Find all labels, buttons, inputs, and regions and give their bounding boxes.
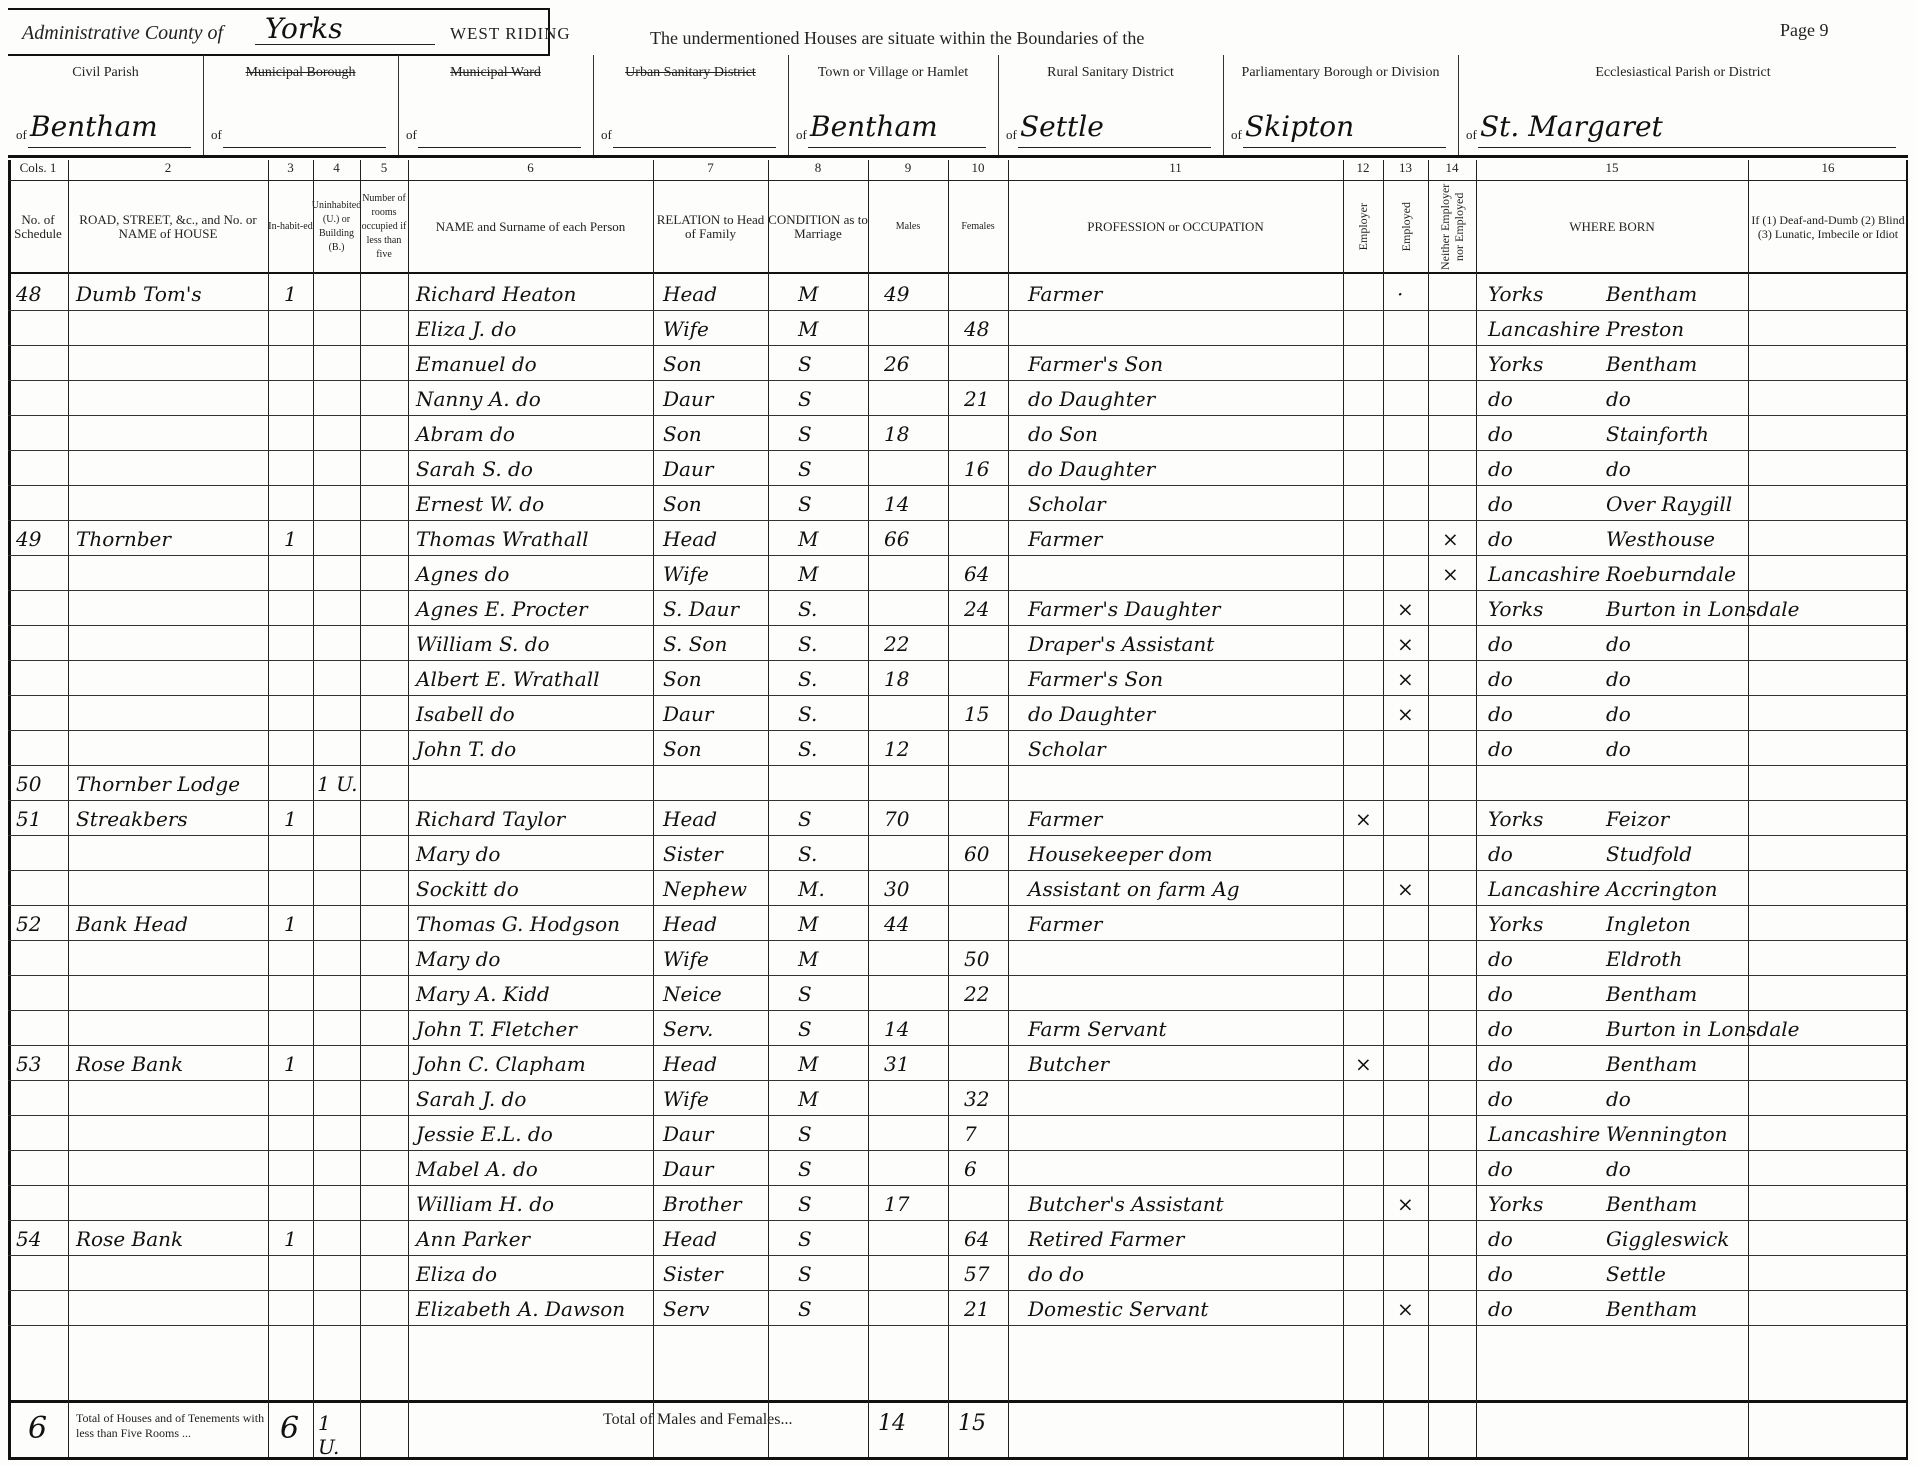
cell-uninhabited bbox=[317, 625, 360, 658]
column-number: 10 bbox=[948, 160, 1008, 181]
cell-schedule bbox=[16, 730, 68, 763]
cell-employer bbox=[1355, 870, 1383, 903]
cell-relation: Head bbox=[663, 1045, 768, 1078]
cell-schedule bbox=[16, 485, 68, 518]
cell-house-name bbox=[76, 940, 268, 973]
table-row: Abram doSonS18do SondoStainforth bbox=[8, 415, 1908, 451]
cell-born-place: do bbox=[1606, 1150, 1631, 1183]
cell-relation: Son bbox=[663, 730, 768, 763]
cell-rooms bbox=[370, 1080, 408, 1113]
cell-neither bbox=[1442, 1255, 1476, 1288]
cell-born-county: Lancashire bbox=[1488, 555, 1600, 588]
cell-female-age bbox=[964, 485, 1008, 518]
cell-born-county: Yorks bbox=[1488, 590, 1543, 623]
cell-relation: Daur bbox=[663, 1115, 768, 1148]
cell-relation: Daur bbox=[663, 1150, 768, 1183]
cell-person-name: John C. Clapham bbox=[416, 1045, 653, 1078]
cell-condition: S. bbox=[798, 730, 868, 763]
cell-house-name: Rose Bank bbox=[76, 1045, 268, 1078]
cell-schedule bbox=[16, 450, 68, 483]
cell-employer bbox=[1355, 275, 1383, 308]
table-row: Nanny A. doDaurS21do Daughterdodo bbox=[8, 380, 1908, 416]
column-number: 7 bbox=[653, 160, 768, 181]
cell-rooms bbox=[370, 590, 408, 623]
cell-employed: × bbox=[1397, 625, 1428, 658]
cell-employer bbox=[1355, 730, 1383, 763]
cell-male-age bbox=[884, 1255, 948, 1288]
cell-relation: Wife bbox=[663, 310, 768, 343]
column-header: CONDITION as to Marriage bbox=[768, 182, 868, 272]
column-header-text: Employed bbox=[1399, 202, 1413, 251]
table-row: John T. FletcherServ.S14Farm ServantdoBu… bbox=[8, 1010, 1908, 1046]
cell-rooms bbox=[370, 625, 408, 658]
cell-neither bbox=[1442, 310, 1476, 343]
table-row: Emanuel doSonS26Farmer's SonYorksBentham bbox=[8, 345, 1908, 381]
cell-female-age bbox=[964, 345, 1008, 378]
cell-person-name: Emanuel do bbox=[416, 345, 653, 378]
cell-schedule bbox=[16, 345, 68, 378]
cell-born-place: Giggleswick bbox=[1606, 1220, 1729, 1253]
district-of: of bbox=[601, 127, 612, 143]
cell-relation: Head bbox=[663, 275, 768, 308]
cell-employed bbox=[1397, 1010, 1428, 1043]
cell-occupation: Retired Farmer bbox=[1028, 1220, 1343, 1253]
cell-relation: Wife bbox=[663, 1080, 768, 1113]
cell-male-age: 66 bbox=[884, 520, 948, 553]
column-header: Males bbox=[868, 182, 948, 272]
column-header-text: Number of rooms occupied if less than fi… bbox=[360, 192, 408, 262]
cell-born-place: Burton in Lonsdale bbox=[1606, 590, 1800, 623]
cell-person-name: William H. do bbox=[416, 1185, 653, 1218]
column-header: RELATION to Head of Family bbox=[653, 182, 768, 272]
cell-condition: S bbox=[798, 800, 868, 833]
cell-rooms bbox=[370, 1185, 408, 1218]
cell-uninhabited bbox=[317, 415, 360, 448]
cell-female-age: 64 bbox=[964, 1220, 1008, 1253]
cell-person-name: Mary A. Kidd bbox=[416, 975, 653, 1008]
cell-house-name bbox=[76, 975, 268, 1008]
cell-female-age bbox=[964, 415, 1008, 448]
cell-relation: Head bbox=[663, 800, 768, 833]
table-row: Sarah S. doDaurS16do Daughterdodo bbox=[8, 450, 1908, 486]
district-underline bbox=[808, 147, 986, 148]
cell-inhabited bbox=[284, 730, 313, 763]
cell-uninhabited bbox=[317, 380, 360, 413]
cell-male-age bbox=[884, 765, 948, 798]
cell-uninhabited bbox=[317, 940, 360, 973]
cell-neither bbox=[1442, 695, 1476, 728]
cell-uninhabited bbox=[317, 275, 360, 308]
cell-occupation: Housekeeper dom bbox=[1028, 835, 1343, 868]
cell-female-age bbox=[964, 730, 1008, 763]
district-label: Urban Sanitary District bbox=[593, 65, 788, 80]
district-underline bbox=[613, 147, 776, 148]
cell-rooms bbox=[370, 765, 408, 798]
cell-person-name: Ernest W. do bbox=[416, 485, 653, 518]
cell-employed bbox=[1397, 1080, 1428, 1113]
cell-inhabited: 1 bbox=[284, 800, 313, 833]
cell-relation: Son bbox=[663, 415, 768, 448]
cell-relation: Nephew bbox=[663, 870, 768, 903]
cell-occupation bbox=[1028, 310, 1343, 343]
cell-uninhabited: 1 U. bbox=[317, 765, 360, 798]
page-number: Page 9 bbox=[1780, 20, 1829, 41]
cell-employer bbox=[1355, 485, 1383, 518]
cell-female-age bbox=[964, 765, 1008, 798]
cell-occupation: do Daughter bbox=[1028, 450, 1343, 483]
cell-relation: S. Daur bbox=[663, 590, 768, 623]
cell-condition: S. bbox=[798, 835, 868, 868]
column-header-text: If (1) Deaf-and-Dumb (2) Blind (3) Lunat… bbox=[1748, 213, 1908, 241]
district-underline bbox=[28, 147, 191, 148]
cell-employed: × bbox=[1397, 870, 1428, 903]
cell-schedule bbox=[16, 695, 68, 728]
admin-county-value: Yorks bbox=[265, 12, 343, 45]
cell-relation: S. Son bbox=[663, 625, 768, 658]
cell-employer bbox=[1355, 310, 1383, 343]
cell-occupation: do Son bbox=[1028, 415, 1343, 448]
cell-house-name bbox=[76, 625, 268, 658]
cell-male-age: 18 bbox=[884, 660, 948, 693]
cell-person-name bbox=[416, 765, 653, 798]
cell-employed: × bbox=[1397, 695, 1428, 728]
district-value: Bentham bbox=[810, 110, 938, 143]
cell-person-name: William S. do bbox=[416, 625, 653, 658]
cell-inhabited bbox=[284, 625, 313, 658]
cell-rooms bbox=[370, 905, 408, 938]
cell-female-age bbox=[964, 870, 1008, 903]
cell-male-age: 70 bbox=[884, 800, 948, 833]
column-header-text: ROAD, STREET, &c., and No. or NAME of HO… bbox=[68, 213, 268, 241]
cell-condition: S bbox=[798, 1115, 868, 1148]
column-number: 5 bbox=[360, 160, 408, 181]
cell-uninhabited bbox=[317, 1255, 360, 1288]
cell-rooms bbox=[370, 800, 408, 833]
cell-born-county: Lancashire bbox=[1488, 1115, 1600, 1148]
district-3: Urban Sanitary Districtof bbox=[593, 55, 789, 155]
column-number: 15 bbox=[1476, 160, 1748, 181]
cell-condition: S bbox=[798, 1185, 868, 1218]
table-row: Jessie E.L. doDaurS7LancashireWennington bbox=[8, 1115, 1908, 1151]
cell-employer bbox=[1355, 625, 1383, 658]
cell-house-name bbox=[76, 555, 268, 588]
cell-relation: Serv. bbox=[663, 1010, 768, 1043]
cell-male-age bbox=[884, 590, 948, 623]
cell-schedule: 53 bbox=[16, 1045, 68, 1078]
district-of: of bbox=[1466, 127, 1477, 143]
cell-rooms bbox=[370, 1220, 408, 1253]
cell-relation: Head bbox=[663, 520, 768, 553]
cell-born-place: do bbox=[1606, 450, 1631, 483]
cell-house-name bbox=[76, 660, 268, 693]
cell-condition: S bbox=[798, 975, 868, 1008]
cell-born-county: do bbox=[1488, 1220, 1513, 1253]
cell-occupation: Butcher bbox=[1028, 1045, 1343, 1078]
column-header-text: PROFESSION or OCCUPATION bbox=[1087, 220, 1264, 234]
cell-uninhabited bbox=[317, 590, 360, 623]
cell-born-county: Yorks bbox=[1488, 800, 1543, 833]
cell-neither bbox=[1442, 380, 1476, 413]
cell-inhabited bbox=[284, 345, 313, 378]
cell-uninhabited bbox=[317, 1010, 360, 1043]
cell-schedule: 49 bbox=[16, 520, 68, 553]
cell-neither bbox=[1442, 590, 1476, 623]
cell-rooms bbox=[370, 1290, 408, 1323]
cell-inhabited bbox=[284, 1115, 313, 1148]
cell-condition: S bbox=[798, 345, 868, 378]
column-number: 2 bbox=[68, 160, 268, 181]
cell-uninhabited bbox=[317, 870, 360, 903]
cell-born-place: Bentham bbox=[1606, 1290, 1697, 1323]
cell-rooms bbox=[370, 345, 408, 378]
cell-employer bbox=[1355, 1010, 1383, 1043]
cell-person-name: Jessie E.L. do bbox=[416, 1115, 653, 1148]
cell-inhabited bbox=[284, 415, 313, 448]
cell-house-name bbox=[76, 380, 268, 413]
cell-inhabited bbox=[284, 1150, 313, 1183]
cell-born-county: do bbox=[1488, 520, 1513, 553]
cell-inhabited: 1 bbox=[284, 905, 313, 938]
cell-rooms bbox=[370, 275, 408, 308]
admin-county-riding: WEST RIDING bbox=[450, 24, 571, 44]
table-row: Agnes E. ProcterS. DaurS.24Farmer's Daug… bbox=[8, 590, 1908, 626]
cell-employer bbox=[1355, 415, 1383, 448]
cell-rooms bbox=[370, 380, 408, 413]
cell-female-age bbox=[964, 800, 1008, 833]
table-row: 51Streakbers1Richard TaylorHeadS70Farmer… bbox=[8, 800, 1908, 836]
column-header: WHERE BORN bbox=[1476, 182, 1748, 272]
cell-female-age: 48 bbox=[964, 310, 1008, 343]
cell-born-county: do bbox=[1488, 625, 1513, 658]
cell-rooms bbox=[370, 975, 408, 1008]
cell-neither bbox=[1442, 1045, 1476, 1078]
cell-employed bbox=[1397, 835, 1428, 868]
cell-schedule bbox=[16, 1150, 68, 1183]
cell-male-age bbox=[884, 940, 948, 973]
cell-person-name: Sockitt do bbox=[416, 870, 653, 903]
cell-relation bbox=[663, 765, 768, 798]
cell-male-age: 22 bbox=[884, 625, 948, 658]
cell-house-name bbox=[76, 1255, 268, 1288]
cell-employed: × bbox=[1397, 1185, 1428, 1218]
cell-uninhabited bbox=[317, 1080, 360, 1113]
cell-born-county: do bbox=[1488, 485, 1513, 518]
cell-relation: Sister bbox=[663, 1255, 768, 1288]
cell-inhabited bbox=[284, 485, 313, 518]
cell-uninhabited bbox=[317, 1115, 360, 1148]
cell-person-name: Thomas G. Hodgson bbox=[416, 905, 653, 938]
cell-born-place: Westhouse bbox=[1606, 520, 1715, 553]
cell-inhabited bbox=[284, 870, 313, 903]
cell-born-county: do bbox=[1488, 730, 1513, 763]
cell-inhabited bbox=[284, 835, 313, 868]
cell-person-name: John T. Fletcher bbox=[416, 1010, 653, 1043]
column-header-text: WHERE BORN bbox=[1569, 220, 1655, 234]
cell-employed bbox=[1397, 310, 1428, 343]
cell-relation: Head bbox=[663, 905, 768, 938]
district-1: Municipal Boroughof bbox=[203, 55, 399, 155]
census-page: Administrative County of Yorks WEST RIDI… bbox=[0, 0, 1916, 1466]
column-header: Neither Employer nor Employed bbox=[1428, 182, 1476, 272]
cell-condition: S. bbox=[798, 695, 868, 728]
cell-employer bbox=[1355, 590, 1383, 623]
cell-person-name: Isabell do bbox=[416, 695, 653, 728]
cell-house-name: Streakbers bbox=[76, 800, 268, 833]
cell-neither bbox=[1442, 800, 1476, 833]
column-number: 16 bbox=[1748, 160, 1908, 181]
cell-female-age bbox=[964, 660, 1008, 693]
cell-rooms bbox=[370, 1045, 408, 1078]
cell-born-place: Ingleton bbox=[1606, 905, 1691, 938]
district-of: of bbox=[1006, 127, 1017, 143]
cell-born-county: Yorks bbox=[1488, 345, 1543, 378]
cell-born-place: Roeburndale bbox=[1606, 555, 1736, 588]
cell-male-age: 31 bbox=[884, 1045, 948, 1078]
cell-schedule: 50 bbox=[16, 765, 68, 798]
cell-relation: Brother bbox=[663, 1185, 768, 1218]
cell-house-name bbox=[76, 870, 268, 903]
cell-employer bbox=[1355, 660, 1383, 693]
cell-born-place: do bbox=[1606, 380, 1631, 413]
cell-relation: Son bbox=[663, 345, 768, 378]
cell-house-name bbox=[76, 415, 268, 448]
cell-rooms bbox=[370, 1150, 408, 1183]
cell-person-name: Elizabeth A. Dawson bbox=[416, 1290, 653, 1323]
cell-condition: S bbox=[798, 1220, 868, 1253]
column-number: 12 bbox=[1343, 160, 1383, 181]
cell-employed bbox=[1397, 555, 1428, 588]
cell-house-name bbox=[76, 345, 268, 378]
cell-person-name: Mary do bbox=[416, 940, 653, 973]
cell-born-place: Preston bbox=[1606, 310, 1684, 343]
cell-born-county: do bbox=[1488, 1290, 1513, 1323]
cell-house-name bbox=[76, 1080, 268, 1113]
cell-occupation: Draper's Assistant bbox=[1028, 625, 1343, 658]
cell-relation: Daur bbox=[663, 695, 768, 728]
cell-rooms bbox=[370, 1010, 408, 1043]
cell-born-place: do bbox=[1606, 730, 1631, 763]
cell-rooms bbox=[370, 1115, 408, 1148]
cell-employer bbox=[1355, 1150, 1383, 1183]
cell-neither bbox=[1442, 1185, 1476, 1218]
cell-born-place: Bentham bbox=[1606, 275, 1697, 308]
cell-female-age: 15 bbox=[964, 695, 1008, 728]
cell-schedule: 54 bbox=[16, 1220, 68, 1253]
cell-born-county: Lancashire bbox=[1488, 310, 1600, 343]
cell-condition: M bbox=[798, 520, 868, 553]
cell-inhabited bbox=[284, 450, 313, 483]
cell-born-county: do bbox=[1488, 415, 1513, 448]
table-row: 52Bank Head1Thomas G. HodgsonHeadM44Farm… bbox=[8, 905, 1908, 941]
cell-occupation: Assistant on farm Ag bbox=[1028, 870, 1343, 903]
district-label: Town or Village or Hamlet bbox=[788, 65, 998, 80]
cell-neither bbox=[1442, 660, 1476, 693]
district-underline bbox=[1018, 147, 1211, 148]
cell-neither bbox=[1442, 835, 1476, 868]
cell-uninhabited bbox=[317, 1220, 360, 1253]
district-value: Settle bbox=[1020, 110, 1104, 143]
cell-employed bbox=[1397, 520, 1428, 553]
cell-schedule: 48 bbox=[16, 275, 68, 308]
cell-occupation bbox=[1028, 940, 1343, 973]
census-table: 6Total of Houses and of Tenements with l… bbox=[8, 160, 1908, 1460]
column-header-text: RELATION to Head of Family bbox=[653, 213, 768, 241]
cell-condition: S bbox=[798, 1255, 868, 1288]
cell-employer bbox=[1355, 345, 1383, 378]
cell-born-place: do bbox=[1606, 625, 1631, 658]
cell-occupation: Scholar bbox=[1028, 485, 1343, 518]
cell-employer bbox=[1355, 520, 1383, 553]
cell-employed bbox=[1397, 765, 1428, 798]
cell-born-place: Bentham bbox=[1606, 975, 1697, 1008]
cell-occupation: do do bbox=[1028, 1255, 1343, 1288]
cell-person-name: Agnes E. Procter bbox=[416, 590, 653, 623]
cell-born-county: Yorks bbox=[1488, 1185, 1543, 1218]
cell-uninhabited bbox=[317, 975, 360, 1008]
cell-house-name bbox=[76, 485, 268, 518]
cell-male-age bbox=[884, 975, 948, 1008]
cell-rooms bbox=[370, 310, 408, 343]
column-number: 13 bbox=[1383, 160, 1428, 181]
table-row: Mary A. KiddNeiceS22doBentham bbox=[8, 975, 1908, 1011]
district-underline bbox=[418, 147, 581, 148]
cell-inhabited bbox=[284, 380, 313, 413]
cell-born-place: Over Raygill bbox=[1606, 485, 1732, 518]
district-6: Parliamentary Borough or DivisionofSkipt… bbox=[1223, 55, 1459, 155]
cell-neither bbox=[1442, 1080, 1476, 1113]
district-2: Municipal Wardof bbox=[398, 55, 594, 155]
cell-occupation: Farmer's Son bbox=[1028, 345, 1343, 378]
column-header: Number of rooms occupied if less than fi… bbox=[360, 182, 408, 272]
cell-born-place: do bbox=[1606, 1080, 1631, 1113]
table-row: Ernest W. doSonS14ScholardoOver Raygill bbox=[8, 485, 1908, 521]
cell-born-county: do bbox=[1488, 450, 1513, 483]
column-header-text: Females bbox=[961, 220, 994, 234]
cell-uninhabited bbox=[317, 1185, 360, 1218]
cell-female-age: 21 bbox=[964, 380, 1008, 413]
cell-occupation: Farmer bbox=[1028, 905, 1343, 938]
cell-condition: M bbox=[798, 275, 868, 308]
cell-born-county: do bbox=[1488, 695, 1513, 728]
district-underline bbox=[223, 147, 386, 148]
district-underline bbox=[1243, 147, 1446, 148]
cell-inhabited bbox=[284, 310, 313, 343]
cell-house-name: Dumb Tom's bbox=[76, 275, 268, 308]
column-header: Employer bbox=[1343, 182, 1383, 272]
table-row: Sarah J. doWifeM32dodo bbox=[8, 1080, 1908, 1116]
cell-occupation bbox=[1028, 1080, 1343, 1113]
cell-schedule bbox=[16, 660, 68, 693]
table-row: Eliza J. doWifeM48LancashirePreston bbox=[8, 310, 1908, 346]
cell-person-name: Agnes do bbox=[416, 555, 653, 588]
cell-rooms bbox=[370, 1255, 408, 1288]
cell-male-age bbox=[884, 450, 948, 483]
cell-occupation bbox=[1028, 1115, 1343, 1148]
cell-rooms bbox=[370, 695, 408, 728]
column-header: Females bbox=[948, 182, 1008, 272]
cell-male-age bbox=[884, 310, 948, 343]
cell-uninhabited bbox=[317, 345, 360, 378]
cell-male-age: 17 bbox=[884, 1185, 948, 1218]
cell-neither: × bbox=[1442, 520, 1476, 553]
cell-employer bbox=[1355, 765, 1383, 798]
cell-occupation: Butcher's Assistant bbox=[1028, 1185, 1343, 1218]
cell-occupation: Farmer bbox=[1028, 275, 1343, 308]
cell-uninhabited bbox=[317, 660, 360, 693]
district-of: of bbox=[796, 127, 807, 143]
cell-born-county: Yorks bbox=[1488, 275, 1543, 308]
district-value: Bentham bbox=[30, 110, 158, 143]
